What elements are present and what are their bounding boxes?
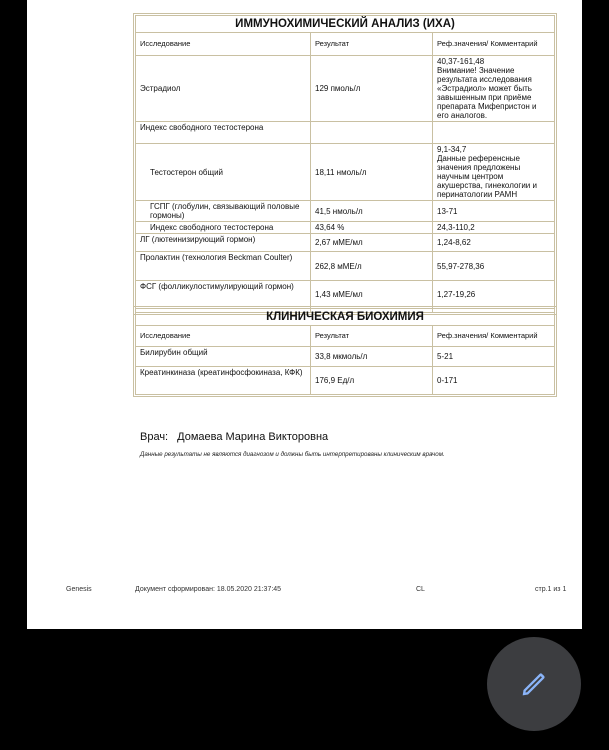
col-header-ref: Реф.значения/ Комментарий [433, 326, 555, 347]
table-row: Индекс свободного тестостерона [136, 122, 555, 144]
section-title: КЛИНИЧЕСКАЯ БИОХИМИЯ [136, 309, 555, 326]
test-name: Тестостерон общий [136, 144, 311, 201]
table-row: Индекс свободного тестостерона 43,64 % 2… [136, 222, 555, 234]
test-result: 2,67 мМЕ/мл [311, 234, 433, 252]
disclaimer: Данные результаты не являются диагнозом … [140, 451, 445, 458]
test-ref: 24,3-110,2 [433, 222, 555, 234]
test-ref: 0-171 [433, 367, 555, 395]
table-row: ГСПГ (глобулин, связывающий половые горм… [136, 201, 555, 222]
test-ref: 13-71 [433, 201, 555, 222]
biochemistry-table: КЛИНИЧЕСКАЯ БИОХИМИЯ Исследование Резуль… [135, 308, 555, 395]
test-result: 43,64 % [311, 222, 433, 234]
table-row: Креатинкиназа (креатинфосфокиназа, КФК) … [136, 367, 555, 395]
edit-button[interactable] [487, 637, 581, 731]
col-header-test: Исследование [136, 326, 311, 347]
test-name: ЛГ (лютеинизирующий гормон) [136, 234, 311, 252]
col-header-result: Результат [311, 33, 433, 56]
doctor-name: Домаева Марина Викторовна [177, 431, 328, 443]
ref-range: 40,37-161,48 [437, 57, 550, 66]
ref-comment: Внимание! Значение результата исследован… [437, 66, 550, 120]
test-name: ФСГ (фолликулостимулирующий гормон) [136, 281, 311, 309]
ref-comment: Данные референсные значения предложены н… [437, 154, 550, 199]
test-result: 262,8 мМЕ/л [311, 252, 433, 281]
test-name: Индекс свободного тестостерона [136, 222, 311, 234]
footer-generated: Документ сформирован: 18.05.2020 21:37:4… [135, 586, 281, 593]
test-ref: 9,1-34,7Данные референсные значения пред… [433, 144, 555, 201]
section-title: ИММУНОХИМИЧЕСКИЙ АНАЛИЗ (ИХА) [136, 16, 555, 33]
col-header-ref: Реф.значения/ Комментарий [433, 33, 555, 56]
test-result: 1,43 мМЕ/мл [311, 281, 433, 309]
test-result: 176,9 Ед/л [311, 367, 433, 395]
test-ref: 5-21 [433, 347, 555, 367]
table-row: Эстрадиол 129 пмоль/л 40,37-161,48Вниман… [136, 56, 555, 122]
table-row: Тестостерон общий 18,11 нмоль/л 9,1-34,7… [136, 144, 555, 201]
table-row: ЛГ (лютеинизирующий гормон) 2,67 мМЕ/мл … [136, 234, 555, 252]
test-name: Пролактин (технология Beckman Coulter) [136, 252, 311, 281]
test-name: Билирубин общий [136, 347, 311, 367]
test-ref: 1,24-8,62 [433, 234, 555, 252]
test-result: 18,11 нмоль/л [311, 144, 433, 201]
col-header-test: Исследование [136, 33, 311, 56]
table-row: ФСГ (фолликулостимулирующий гормон) 1,43… [136, 281, 555, 309]
doctor-signature: Врач:Домаева Марина Викторовна [140, 431, 328, 443]
test-result: 41,5 нмоль/л [311, 201, 433, 222]
test-name: ГСПГ (глобулин, связывающий половые горм… [136, 201, 311, 222]
test-name: Креатинкиназа (креатинфосфокиназа, КФК) [136, 367, 311, 395]
group-name: Индекс свободного тестостерона [136, 122, 311, 144]
footer-code: CL [416, 586, 425, 593]
doctor-label: Врач: [140, 431, 168, 443]
test-result: 33,8 мкмоль/л [311, 347, 433, 367]
test-ref: 40,37-161,48Внимание! Значение результат… [433, 56, 555, 122]
document-page: ИММУНОХИМИЧЕСКИЙ АНАЛИЗ (ИХА) Исследован… [27, 0, 582, 629]
footer-system: Genesis [66, 586, 92, 593]
test-result: 129 пмоль/л [311, 56, 433, 122]
immunochemistry-table: ИММУНОХИМИЧЕСКИЙ АНАЛИЗ (ИХА) Исследован… [135, 15, 555, 313]
test-ref: 55,97-278,36 [433, 252, 555, 281]
col-header-result: Результат [311, 326, 433, 347]
test-name: Эстрадиол [136, 56, 311, 122]
ref-range: 9,1-34,7 [437, 145, 550, 154]
table-row: Билирубин общий 33,8 мкмоль/л 5-21 [136, 347, 555, 367]
test-ref: 1,27-19,26 [433, 281, 555, 309]
footer-page-number: стр.1 из 1 [535, 586, 566, 593]
table-row: Пролактин (технология Beckman Coulter) 2… [136, 252, 555, 281]
pencil-icon [517, 667, 551, 701]
